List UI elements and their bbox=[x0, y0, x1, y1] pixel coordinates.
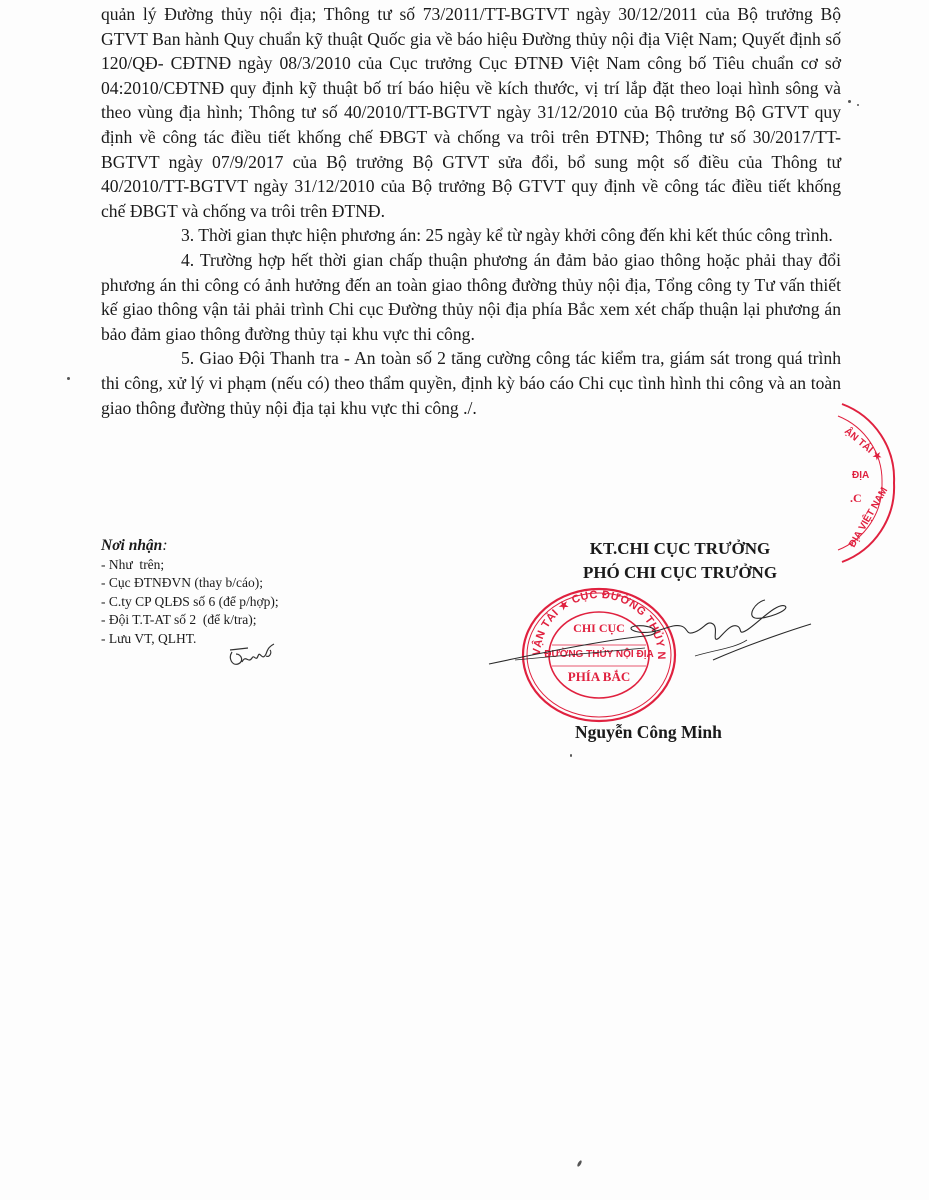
recipient-item: - Như trên; bbox=[101, 556, 279, 575]
partial-stamp-icon: ẬN TẢI ★ ĐỊA .C ĐỊA VIỆT NAM bbox=[836, 398, 929, 568]
svg-text:PHÍA BẮC: PHÍA BẮC bbox=[568, 669, 630, 684]
recipient-item: - Cục ĐTNĐVN (thay b/cáo); bbox=[101, 574, 279, 593]
svg-text:ĐỊA: ĐỊA bbox=[852, 470, 869, 481]
paragraph-3-duration: 3. Thời gian thực hiện phương án: 25 ngà… bbox=[101, 223, 841, 248]
scan-speck bbox=[67, 377, 70, 380]
recipient-item: - Đội T.T-AT số 2 (để k/tra); bbox=[101, 611, 279, 630]
signer-name: Nguyễn Công Minh bbox=[575, 722, 722, 743]
paragraph-legal-basis: quản lý Đường thủy nội địa; Thông tư số … bbox=[101, 2, 841, 223]
document-body: quản lý Đường thủy nội địa; Thông tư số … bbox=[101, 2, 841, 420]
initials-scribble-icon bbox=[226, 640, 286, 670]
scan-speck bbox=[848, 100, 851, 103]
svg-text:.C: .C bbox=[850, 491, 862, 505]
recipients-block: Nơi nhận: - Như trên; - Cục ĐTNĐVN (thay… bbox=[101, 537, 279, 648]
signature-title-line1: KT.CHI CỤC TRƯỞNG bbox=[545, 537, 815, 561]
scan-speck bbox=[857, 104, 859, 106]
handwritten-signature-icon bbox=[485, 590, 815, 670]
paragraph-4-reapproval: 4. Trường hợp hết thời gian chấp thuận p… bbox=[101, 248, 841, 346]
signature-title-block: KT.CHI CỤC TRƯỞNG PHÓ CHI CỤC TRƯỞNG bbox=[545, 537, 815, 585]
paragraph-5-inspection: 5. Giao Đội Thanh tra - An toàn số 2 tăn… bbox=[101, 346, 841, 420]
recipient-item: - C.ty CP QLĐS số 6 (để p/hợp); bbox=[101, 593, 279, 612]
signature-title-line2: PHÓ CHI CỤC TRƯỞNG bbox=[545, 561, 815, 585]
recipients-title: Nơi nhận: bbox=[101, 537, 279, 556]
scan-speck bbox=[570, 754, 572, 757]
scan-speck bbox=[576, 1160, 582, 1168]
scanned-page: quản lý Đường thủy nội địa; Thông tư số … bbox=[0, 0, 929, 1200]
